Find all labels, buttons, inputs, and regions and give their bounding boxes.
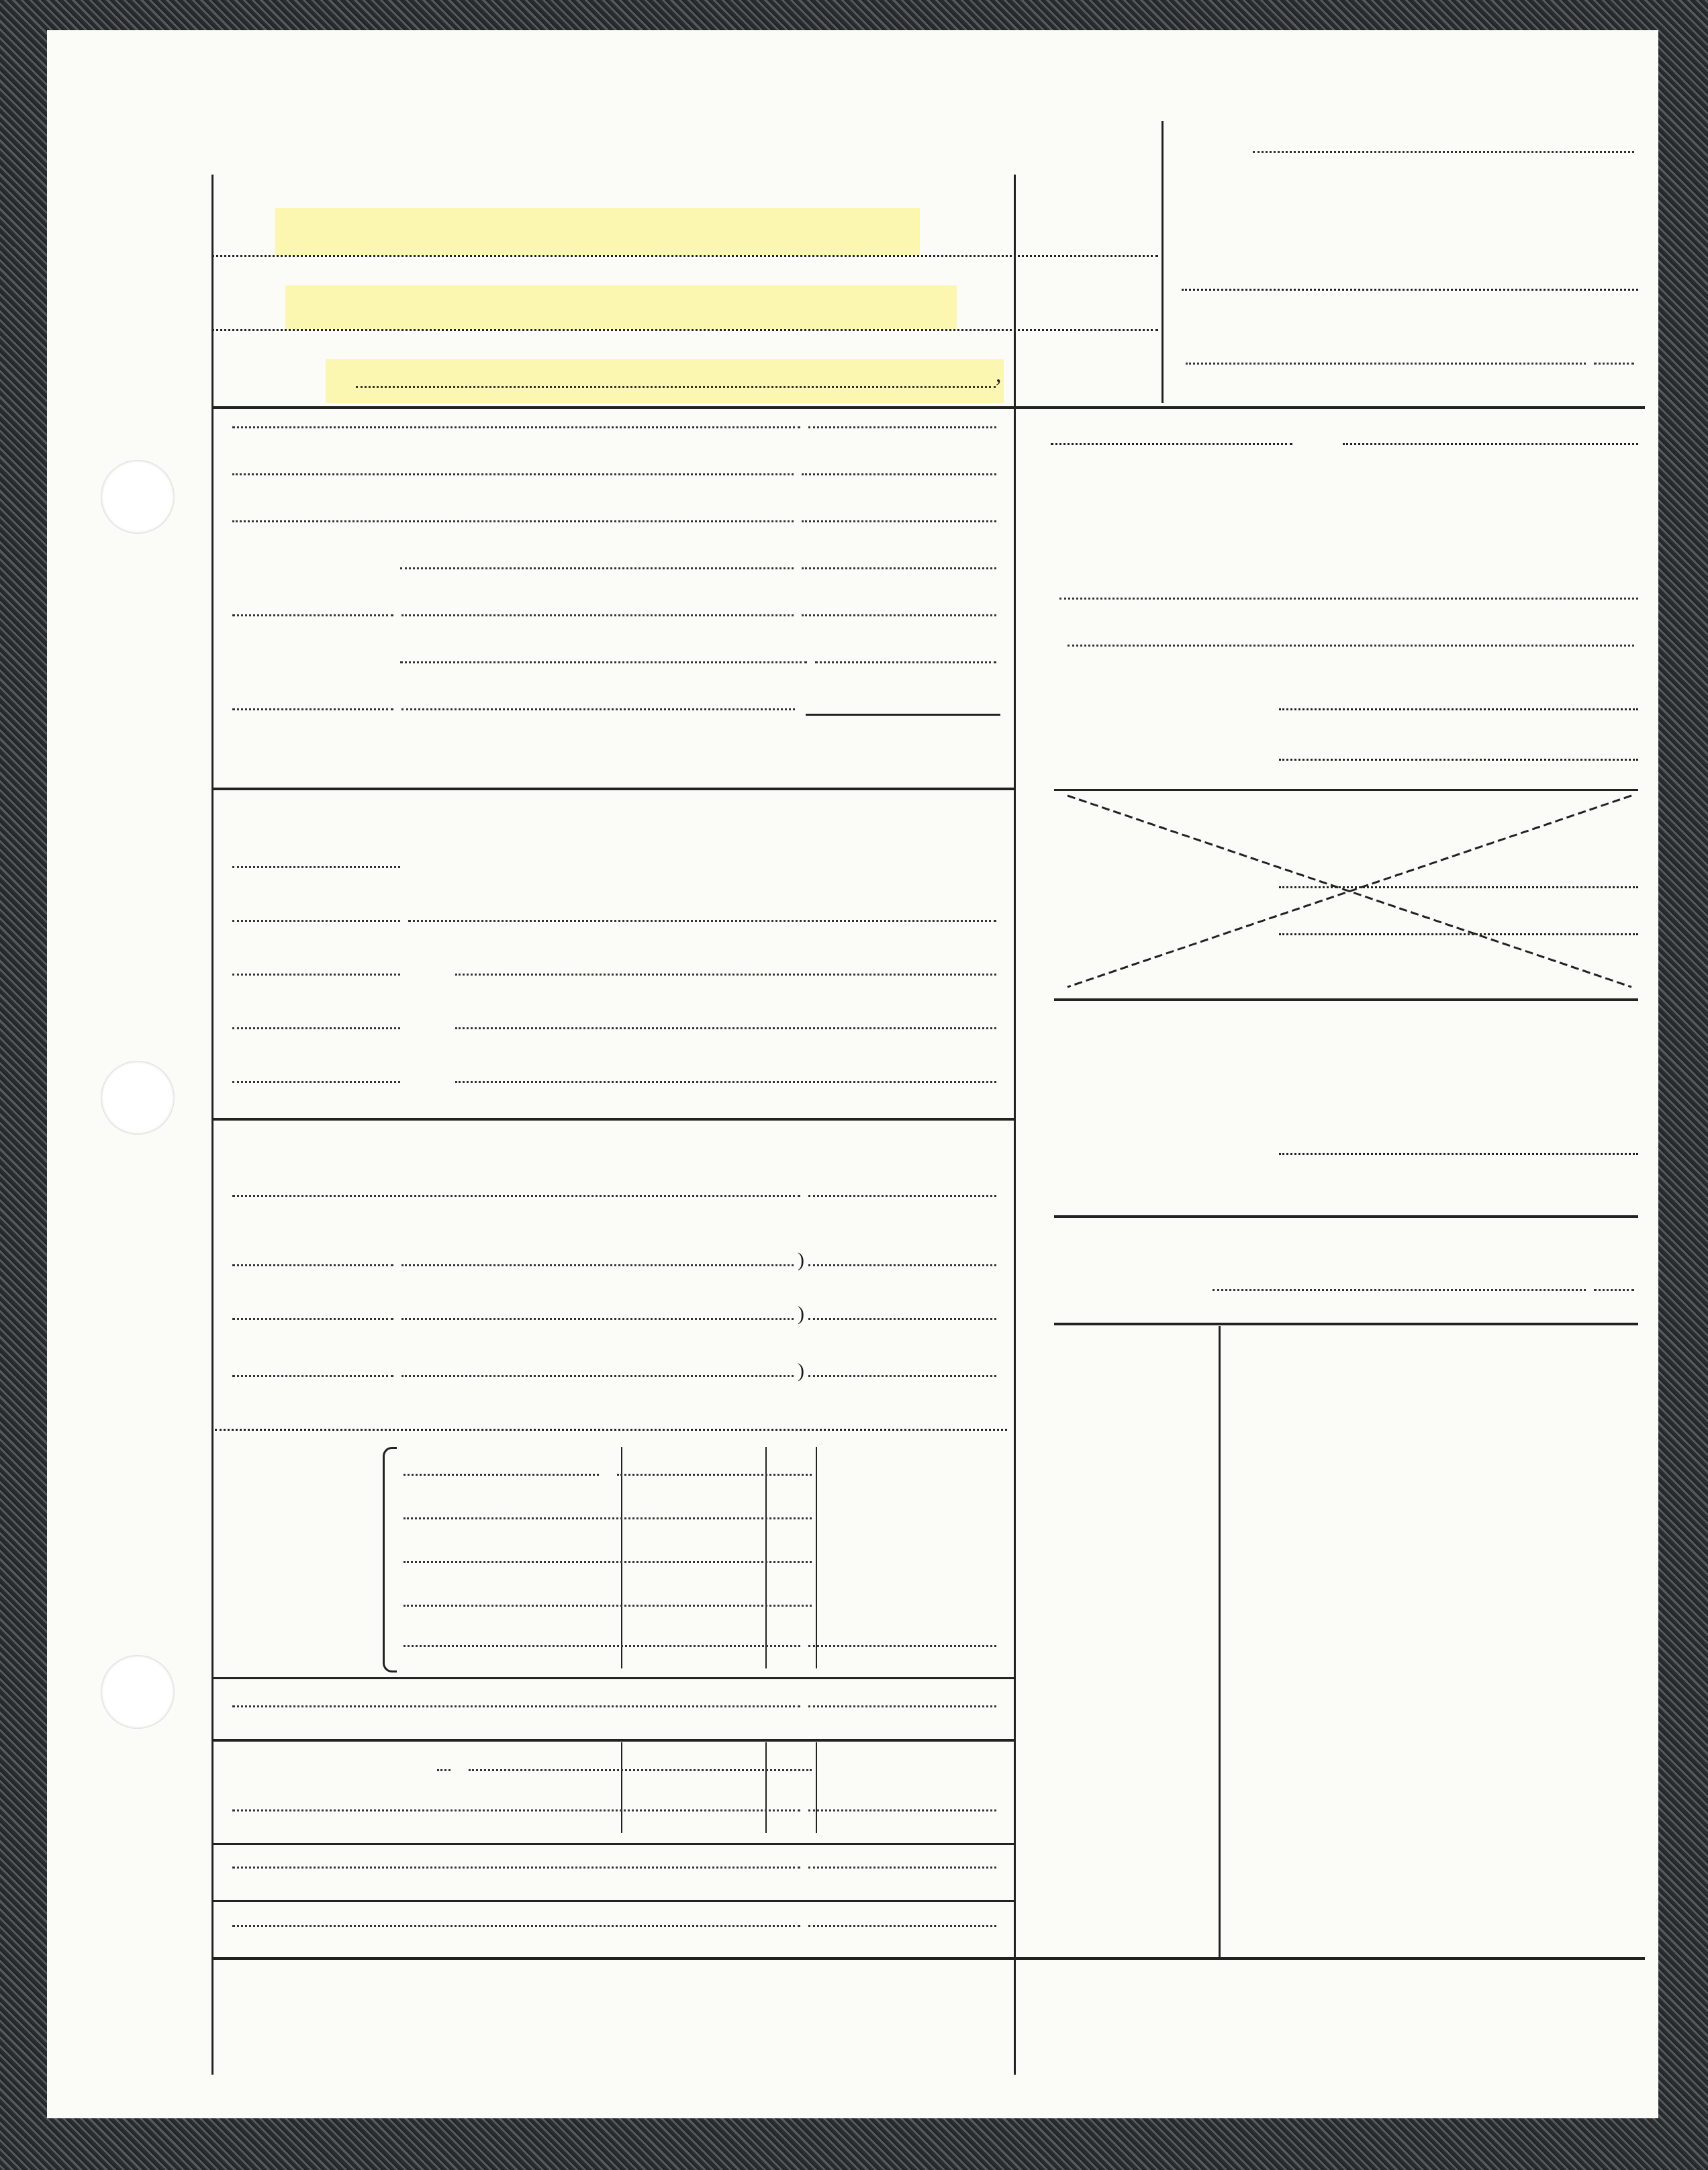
individuals-row [228,1809,1000,1817]
fasten-here-label [181,1225,215,1400]
information-row [228,920,1000,927]
information-row [228,1027,1000,1035]
information-row [228,1081,1000,1088]
misc-item-row [399,1474,816,1481]
last-paid-row [1054,598,1638,600]
post-exchange-date-field[interactable] [1213,1289,1586,1291]
collections-pa-row: ) [228,1303,1000,1325]
disbursement-row [228,473,1000,481]
disbursement-row [228,426,1000,434]
month-row: , [336,363,1007,388]
misc-item-row [399,1517,816,1525]
paid-date-field[interactable] [1186,363,1586,365]
information-row [228,866,1000,874]
paid-by-cash-row [228,1867,1000,1874]
by-row [1054,645,1638,647]
punch-hole [101,460,175,534]
fasten-here-label [181,191,215,352]
fasten-here-label [181,1749,215,1924]
information-row [228,974,1000,981]
voucher-row [1249,151,1638,158]
post-exch-row [433,1769,816,1777]
total-accounted-row [228,1925,1000,1932]
misc-brace [383,1447,397,1672]
collections-pa-row: ) [228,1360,1000,1382]
paid-row [1182,363,1638,370]
punch-hole [101,1061,175,1135]
disbursing-officer-field[interactable] [1182,289,1638,291]
center-divider [1014,175,1016,2075]
month-value[interactable] [356,386,996,388]
misc-total-row [399,1645,1000,1652]
pay-roll-form: , [47,30,1658,2118]
left-frame-line [211,175,213,2075]
voucher-number-field[interactable] [1253,151,1634,153]
post-exchange-table [1054,1326,1638,1957]
misc-item-row [399,1561,816,1568]
witness-signature-field[interactable] [1279,886,1638,888]
punch-hole [101,1655,175,1729]
strike-through-x [1061,792,1638,994]
voucher-divider [1161,121,1164,403]
disbursement-row [228,614,1000,622]
misc-item-row [399,1605,816,1612]
collections-pa-row: ) [228,1249,1000,1272]
post-exchange-date-row [1208,1289,1638,1296]
by-value[interactable] [1067,645,1634,647]
total-collections-row [228,1705,1000,1713]
disbursement-row [228,567,1000,575]
disbursement-row [228,661,1000,669]
fasten-here-label [181,715,215,890]
last-paid-value[interactable] [1059,598,1638,600]
finance-collections-row [228,1195,1000,1202]
disbursement-row [228,708,1000,716]
disbursement-row [228,520,1000,528]
